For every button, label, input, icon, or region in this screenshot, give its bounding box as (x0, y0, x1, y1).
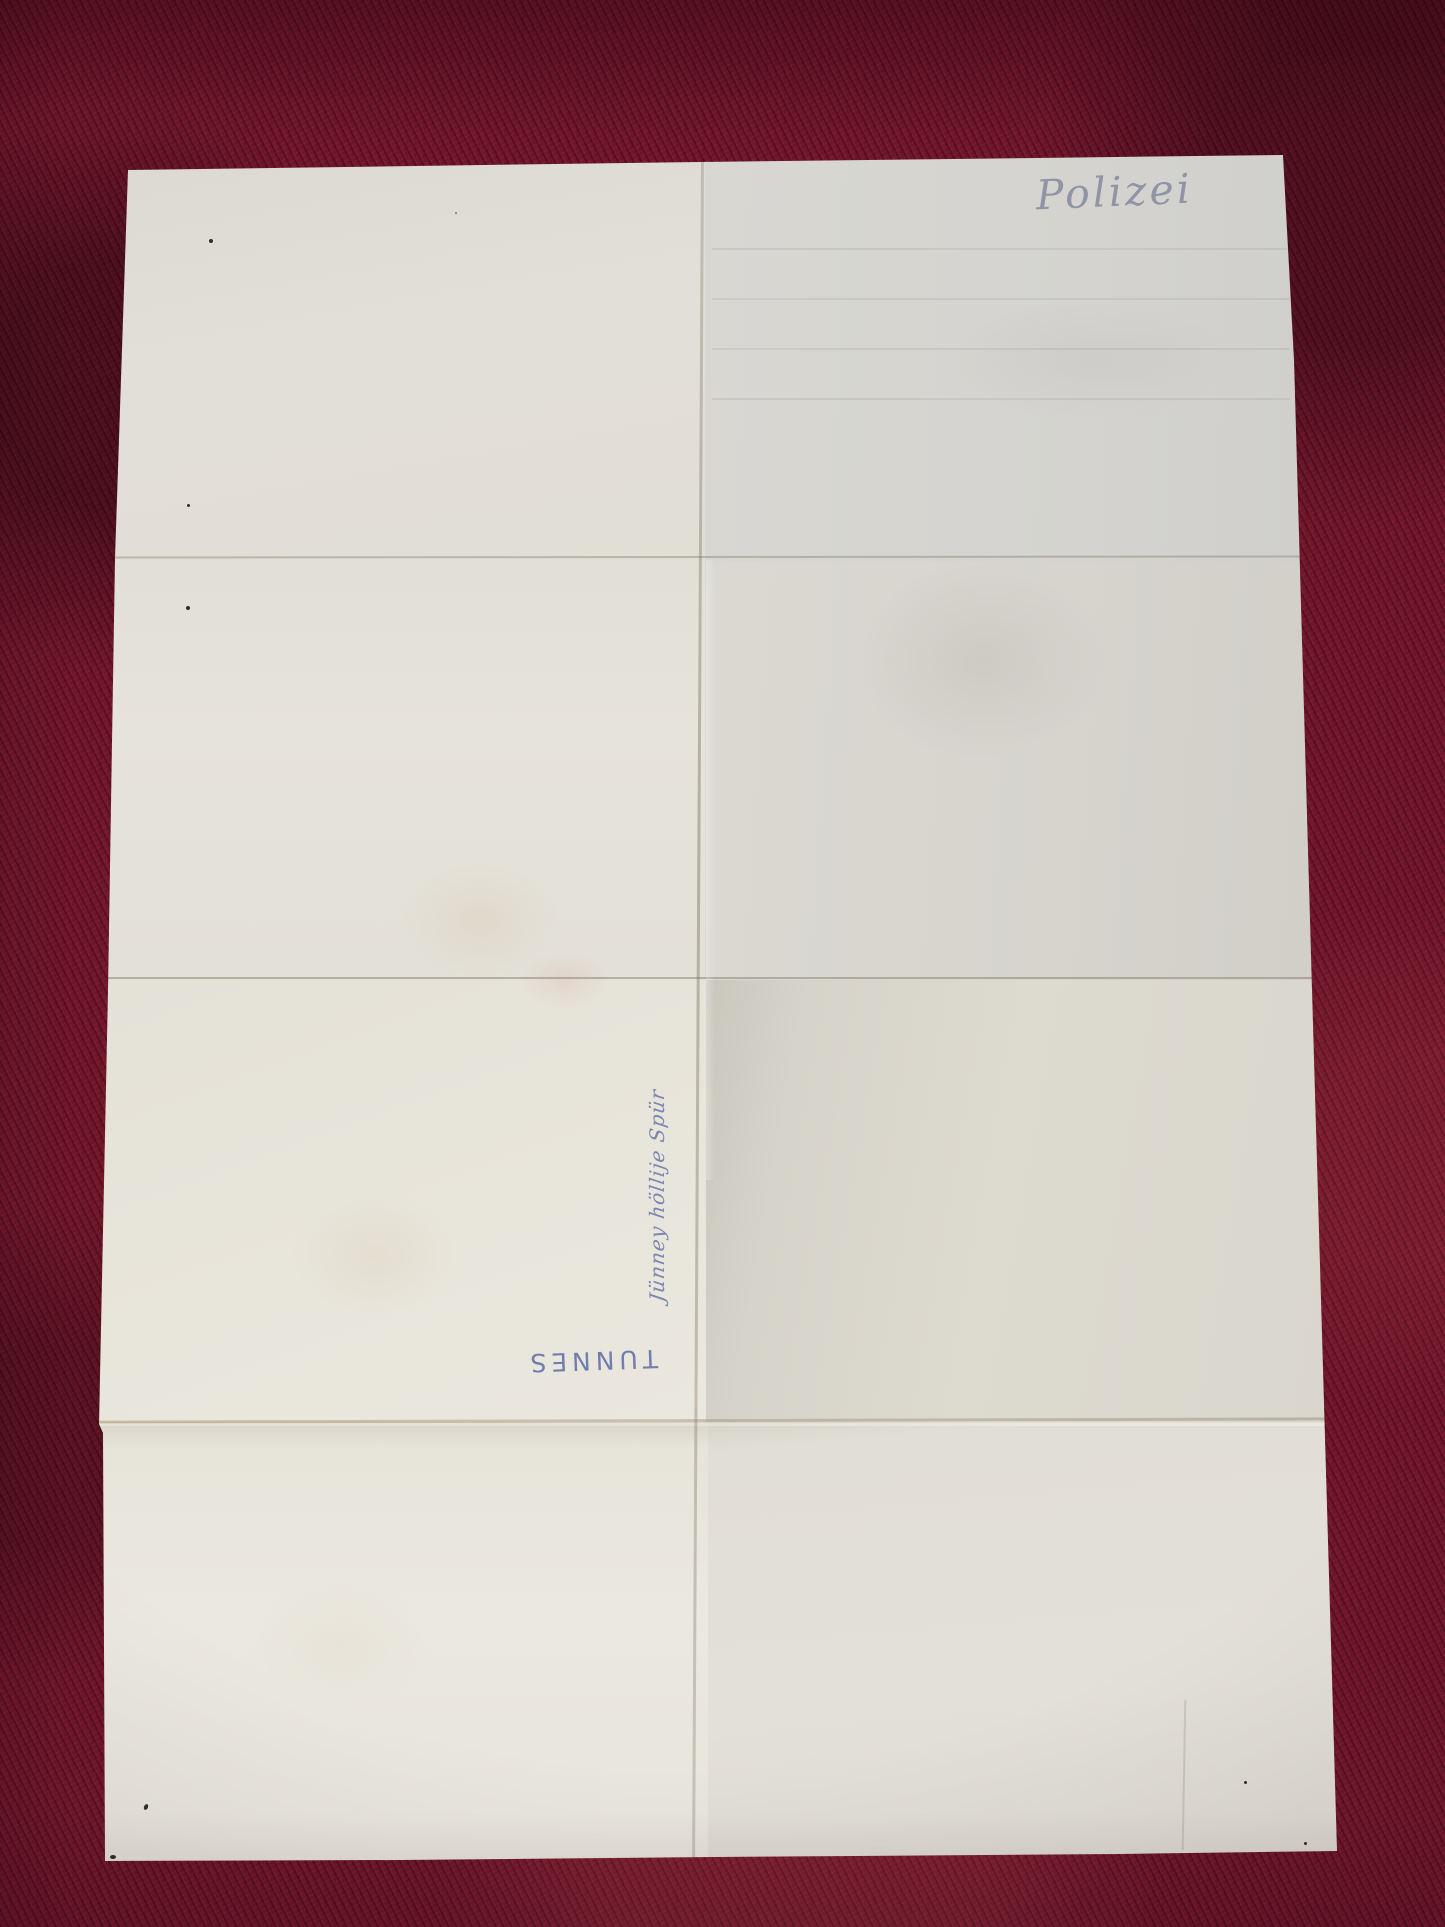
dirt-speck (209, 239, 213, 243)
handwriting-vertical-note: Jünney höllije Spür (645, 1070, 669, 1303)
paper-panel-upper-mid-right (705, 562, 1345, 982)
dirt-speck (110, 1855, 116, 1859)
paper-panel-top-left (100, 150, 705, 560)
paper-panel-bottom-right (708, 1422, 1348, 1862)
paper-panel-bottom-left (100, 1422, 708, 1862)
dirt-speck (455, 212, 457, 214)
paper-panel-lower-mid-right (706, 980, 1346, 1422)
dirt-speck (187, 504, 190, 507)
dirt-speck (186, 606, 190, 610)
folded-paper-sheet: Polizei Jünney höllije Spür TUNNES (0, 0, 1445, 1927)
handwriting-tunnes: TUNNES (536, 1344, 659, 1377)
dirt-speck (1304, 1842, 1307, 1845)
dirt-speck (1244, 1781, 1247, 1784)
handwriting-polizei: Polizei (1035, 165, 1194, 220)
paper-panel-top-right (705, 150, 1345, 562)
paper-panel-upper-mid-left (100, 560, 705, 980)
